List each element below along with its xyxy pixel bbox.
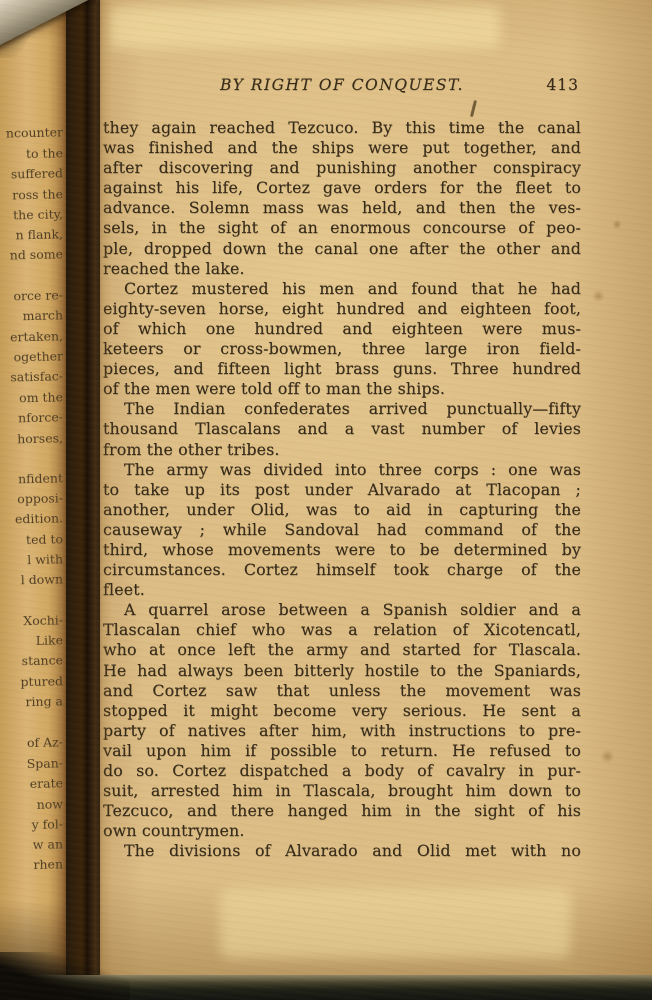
edge-text-fragment: orce re- xyxy=(3,288,63,303)
text-line: sels, in the sight of an enormous concou… xyxy=(103,218,581,238)
edge-text-fragment: now xyxy=(3,797,63,812)
edge-text-fragment: ertaken, xyxy=(3,329,63,344)
running-title: BY RIGHT OF CONQUEST. xyxy=(220,76,464,94)
scan-light-band-top xyxy=(110,6,500,48)
text-line: do so. Cortez dispatched a body of caval… xyxy=(103,761,581,781)
edge-text-fragment: suffered xyxy=(3,166,63,181)
text-line: thousand Tlascalans and a vast number of… xyxy=(103,419,581,439)
text-line: and Cortez saw that unless the movement … xyxy=(103,681,581,701)
edge-text-fragment: erate xyxy=(3,776,63,791)
edge-text-fragment: to the xyxy=(3,146,63,161)
text-line: against his life, Cortez gave orders for… xyxy=(103,178,581,198)
text-line: of the men were told off to man the ship… xyxy=(103,379,581,399)
text-line: advance. Solemn mass was held, and then … xyxy=(103,198,581,218)
edge-text-fragment: march xyxy=(3,308,63,323)
edge-text-fragment: l down xyxy=(3,572,63,587)
edge-text-fragment: nfident xyxy=(3,471,63,486)
edge-text-fragment: ring a xyxy=(3,694,63,709)
edge-text-fragment: Xochi- xyxy=(3,613,63,628)
edge-text-fragment: nforce- xyxy=(3,410,63,425)
text-line: after discovering and punishing another … xyxy=(103,158,581,178)
text-line: who at once left the army and started fo… xyxy=(103,640,581,660)
edge-text-fragment: y fol- xyxy=(3,817,63,832)
text-line: to take up its post under Alvarado at Tl… xyxy=(103,480,581,500)
text-line: was finished and the ships were put toge… xyxy=(103,138,581,158)
edge-text-fragment: of Az- xyxy=(3,735,63,750)
text-line: circumstances. Cortez himself took charg… xyxy=(103,560,581,580)
text-line: suit, arrested him in Tlascala, brought … xyxy=(103,781,581,801)
text-line: of which one hundred and eighteen were m… xyxy=(103,319,581,339)
paper-stain xyxy=(592,290,605,302)
edge-text-fragment: opposi- xyxy=(3,491,63,506)
edge-text-fragment: edition. xyxy=(3,511,63,526)
text-line: own countrymen. xyxy=(103,821,581,841)
edge-text-fragment: Span- xyxy=(3,756,63,771)
text-line: Cortez mustered his men and found that h… xyxy=(103,279,581,299)
edge-text-fragment: ted to xyxy=(3,532,63,547)
edge-text-fragment: ptured xyxy=(3,674,63,689)
edge-text-fragment: satisfac- xyxy=(3,369,63,384)
text-line: causeway ; while Sandoval had command of… xyxy=(103,520,581,540)
edge-text-fragment: ogether xyxy=(3,349,63,364)
edge-text-fragment: w an xyxy=(3,837,63,852)
text-line: party of natives after him, with instruc… xyxy=(103,721,581,741)
edge-text-fragment: n flank, xyxy=(3,227,63,242)
edge-text-fragment: l with xyxy=(3,552,63,567)
paper-stain xyxy=(600,750,615,763)
text-line: Tlascalan chief who was a relation of Xi… xyxy=(103,620,581,640)
text-line: Tezcuco, and there hanged him in the sig… xyxy=(103,801,581,821)
text-line: The divisions of Alvarado and Olid met w… xyxy=(103,841,581,861)
text-line: pieces, and fifteen light brass guns. Th… xyxy=(103,359,581,379)
edge-text-fragment: om the xyxy=(3,390,63,405)
edge-text-fragment: stance xyxy=(3,653,63,668)
edge-text-fragment: the city, xyxy=(3,207,63,222)
page-corner-artifact xyxy=(0,0,96,62)
edge-text-fragment: nd some xyxy=(3,247,63,262)
text-line: vail upon him if possible to return. He … xyxy=(103,741,581,761)
bottom-left-shadow xyxy=(0,952,130,1000)
text-line: fleet. xyxy=(103,580,581,600)
edge-text-fragment: Like xyxy=(3,633,63,648)
edge-text-fragment: ncounter xyxy=(3,125,63,140)
text-line: eighty-seven horse, eight hundred and ei… xyxy=(103,299,581,319)
text-line: The Indian confederates arrived punctual… xyxy=(103,399,581,419)
page-text-block: they again reached Tezcuco. By this time… xyxy=(103,118,581,861)
text-line: they again reached Tezcuco. By this time… xyxy=(103,118,581,138)
edge-text-fragment: ross the xyxy=(3,187,63,202)
paper-stain xyxy=(612,220,622,229)
text-line: The army was divided into three corps : … xyxy=(103,460,581,480)
text-line: keteers or cross-bowmen, three large iro… xyxy=(103,339,581,359)
text-line: third, whose movements were to be determ… xyxy=(103,540,581,560)
text-line: He had always been bitterly hostile to t… xyxy=(103,661,581,681)
text-line: from the other tribes. xyxy=(103,440,581,460)
scan-light-band-bottom xyxy=(220,888,570,958)
book-scan: ncounterto thesufferedross thethe city,n… xyxy=(0,0,652,1000)
text-line: another, under Olid, was to aid in captu… xyxy=(103,500,581,520)
edge-text-fragment: horses, xyxy=(3,431,63,446)
text-line: A quarrel arose between a Spanish soldie… xyxy=(103,600,581,620)
page-header: BY RIGHT OF CONQUEST. 413 xyxy=(103,76,581,98)
book-page: BY RIGHT OF CONQUEST. 413 they again rea… xyxy=(100,0,652,1000)
stray-pen-mark xyxy=(470,100,477,117)
book-gutter-shadow xyxy=(56,0,112,1000)
text-line: ple, dropped down the canal one after th… xyxy=(103,239,581,259)
page-number: 413 xyxy=(546,76,579,94)
text-line: reached the lake. xyxy=(103,259,581,279)
edge-text-fragment: rhen xyxy=(3,857,63,872)
text-line: stopped it might become very serious. He… xyxy=(103,701,581,721)
